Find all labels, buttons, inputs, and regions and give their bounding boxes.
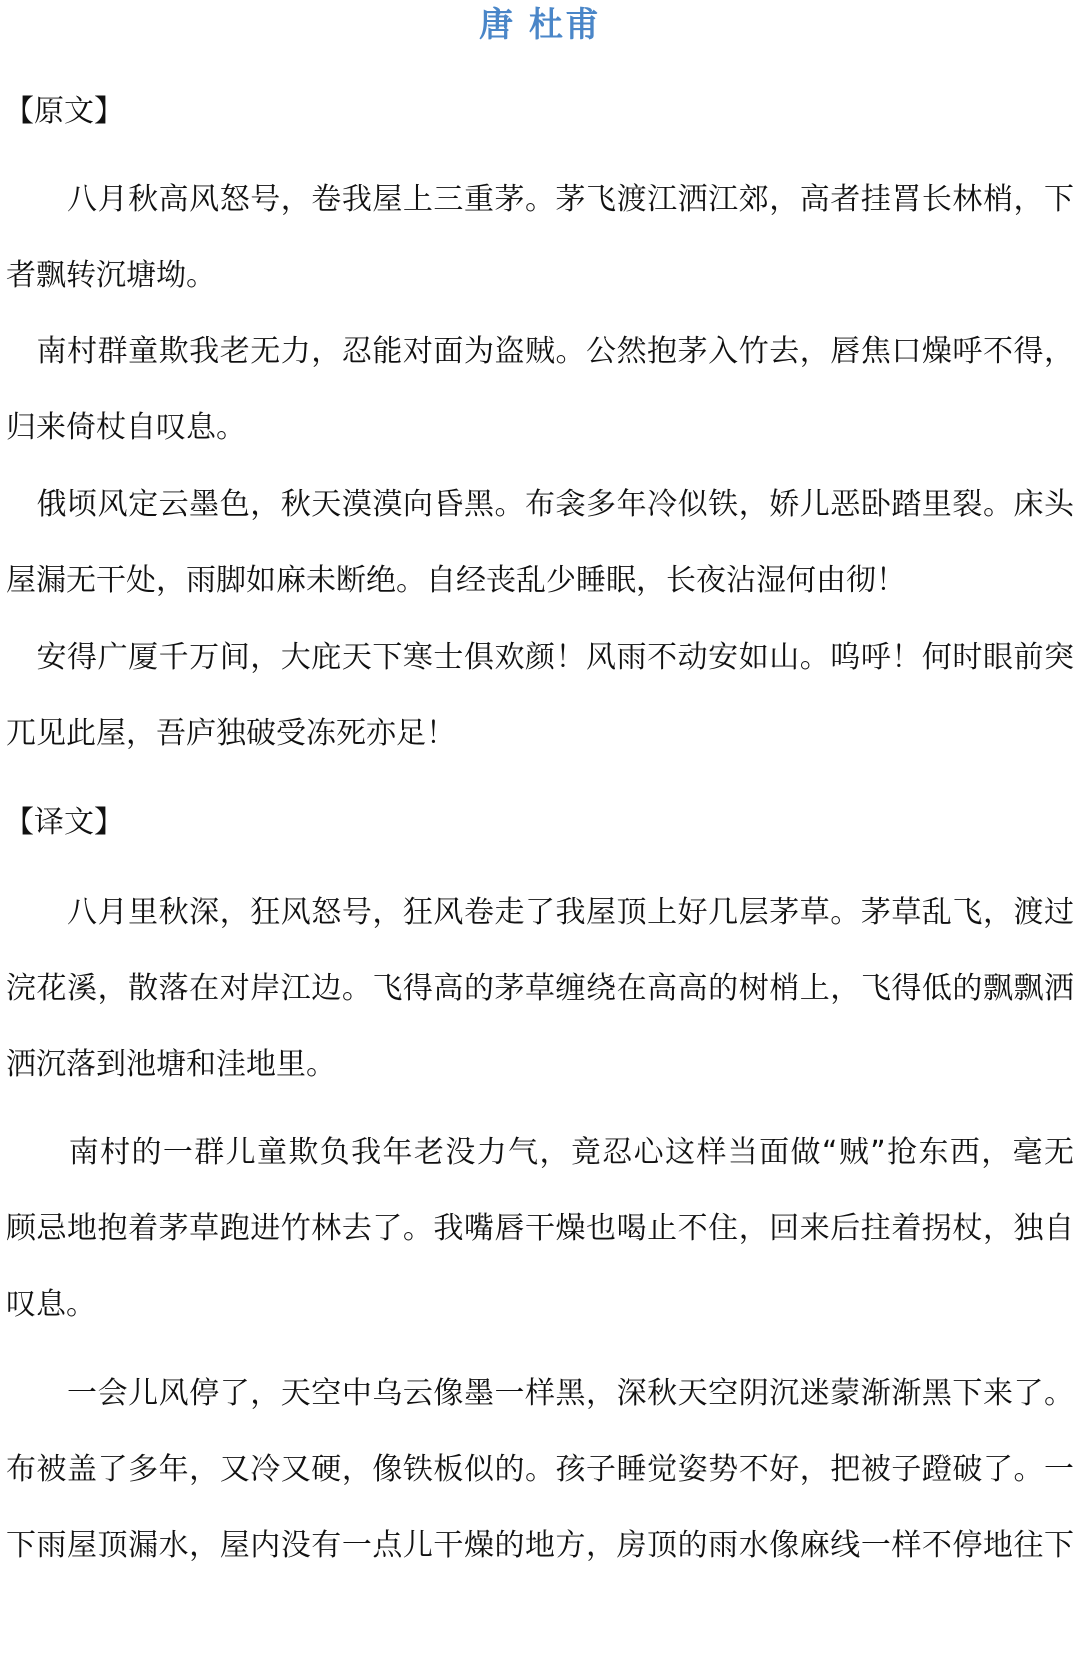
translation-p2-line3: 叹息。 (6, 1285, 1074, 1325)
original-p2-line2: 归来倚杖自叹息。 (6, 408, 1074, 448)
original-p4-line1: 安得广厦千万间，大庇天下寒士俱欢颜！风雨不动安如山。呜呼！何时眼前突 (6, 638, 1074, 678)
original-p3-line1: 俄顷风定云墨色，秋天漠漠向昏黑。布衾多年冷似铁，娇儿恶卧踏里裂。床头 (6, 485, 1074, 525)
translation-p2-line1: 南村的一群儿童欺负我年老没力气，竟忍心这样当面做“贼”抢东西，毫无 (6, 1133, 1074, 1173)
translation-p1-line1: 八月里秋深，狂风怒号，狂风卷走了我屋顶上好几层茅草。茅草乱飞，渡过 (6, 893, 1074, 933)
translation-p3-line2: 布被盖了多年，又冷又硬，像铁板似的。孩子睡觉姿势不好，把被子蹬破了。一 (6, 1450, 1074, 1490)
section-heading-translation: 【译文】 (4, 803, 124, 843)
translation-p3-line3: 下雨屋顶漏水，屋内没有一点儿干燥的地方，房顶的雨水像麻线一样不停地往下 (6, 1526, 1074, 1566)
original-p2-line1: 南村群童欺我老无力，忍能对面为盗贼。公然抱茅入竹去，唇焦口燥呼不得， (6, 332, 1074, 372)
original-p3-line2: 屋漏无干处，雨脚如麻未断绝。自经丧乱少睡眠，长夜沾湿何由彻！ (6, 561, 1074, 601)
translation-p3-line1: 一会儿风停了，天空中乌云像墨一样黑，深秋天空阴沉迷蒙渐渐黑下来了。 (6, 1374, 1074, 1414)
original-p1-line1: 八月秋高风怒号，卷我屋上三重茅。茅飞渡江洒江郊，高者挂罥长林梢，下 (6, 180, 1074, 220)
original-p1-line2: 者飘转沉塘坳。 (6, 256, 1074, 296)
poem-author-title: 唐 杜甫 (0, 2, 1080, 48)
translation-p1-line3: 洒沉落到池塘和洼地里。 (6, 1045, 1074, 1085)
original-p4-line2: 兀见此屋，吾庐独破受冻死亦足！ (6, 714, 1074, 754)
translation-p2-line2: 顾忌地抱着茅草跑进竹林去了。我嘴唇干燥也喝止不住，回来后拄着拐杖，独自 (6, 1209, 1074, 1249)
translation-p1-line2: 浣花溪，散落在对岸江边。飞得高的茅草缠绕在高高的树梢上，飞得低的飘飘洒 (6, 969, 1074, 1009)
section-heading-original: 【原文】 (4, 92, 124, 132)
